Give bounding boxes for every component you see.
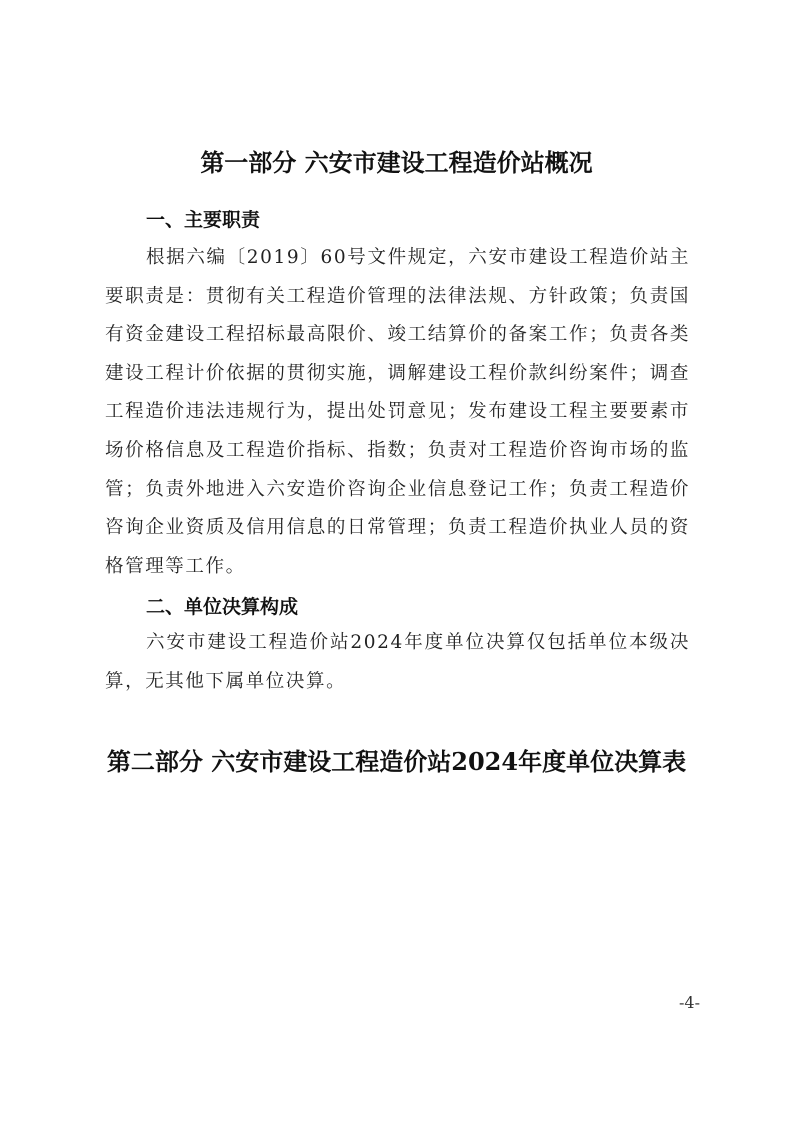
page-number: -4- xyxy=(640,993,700,1012)
section-heading-main-duties: 一、主要职责 xyxy=(146,205,260,232)
section-heading-budget-composition: 二、单位决算构成 xyxy=(146,592,298,619)
main-duties-paragraph: 根据六编〔2019〕60号文件规定，六安市建设工程造价站主要职责是：贯彻有关工程… xyxy=(105,239,690,586)
document-page: 第一部分 六安市建设工程造价站概况 一、主要职责 根据六编〔2019〕60号文件… xyxy=(0,0,793,1122)
part2-title: 第二部分 六安市建设工程造价站2024年度单位决算表 xyxy=(0,742,793,777)
part1-title: 第一部分 六安市建设工程造价站概况 xyxy=(0,143,793,178)
budget-composition-paragraph: 六安市建设工程造价站2024年度单位决算仅包括单位本级决算，无其他下属单位决算。 xyxy=(105,624,690,701)
